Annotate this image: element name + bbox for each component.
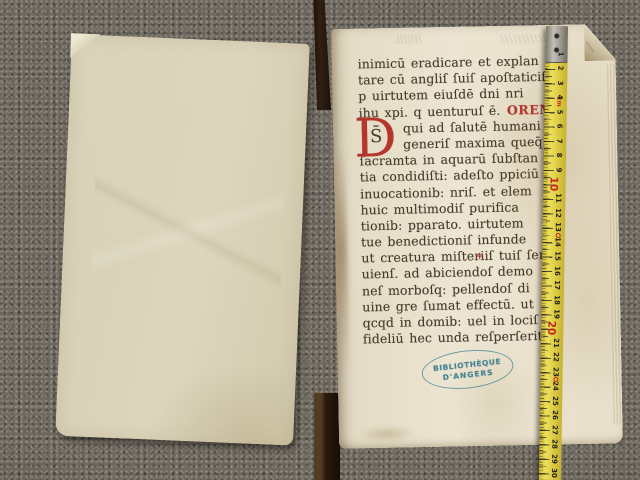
manuscript-text-page: inimicū eradicare et explantare cū angli…: [331, 24, 623, 449]
pencil-annotation: [395, 34, 421, 43]
tape-cm-20: 20: [546, 320, 556, 336]
tape-cm-3: 3: [556, 77, 564, 89]
tape-cm-15: 15: [553, 250, 561, 262]
tape-cm-26: 26: [551, 409, 559, 421]
page-crease: [87, 107, 287, 356]
tape-cm-28: 28: [550, 438, 558, 450]
manuscript-photo: inimicū eradicare et explantare cū angli…: [0, 0, 640, 480]
tape-cm-17: 17: [553, 279, 561, 291]
page-corner-fold: [584, 24, 616, 62]
tape-cm-21: 21: [552, 337, 560, 349]
initial-inset-letter: S̄: [370, 126, 383, 147]
tape-cm-16: 16: [553, 265, 561, 277]
tape-cm-9: 9: [555, 164, 563, 176]
tape-cm-18: 18: [553, 294, 561, 306]
tape-cm-8: 8: [555, 149, 563, 161]
blank-flyleaf-page: [55, 34, 310, 446]
bottom-stain: [357, 425, 417, 442]
tape-cm-30: 30: [550, 467, 558, 479]
book-spine-strap-bottom: [314, 393, 340, 480]
book-spine-strap-top: [311, 0, 331, 110]
tape-cm-4: 4: [556, 91, 564, 103]
tape-cm-1: 1: [556, 48, 564, 60]
red-cross-mark: +: [475, 251, 484, 262]
tape-cm-25: 25: [551, 395, 559, 407]
manuscript-line-text: p uirtutem eiuſdē dni nri: [358, 86, 524, 104]
tape-cm-13: 13: [554, 221, 562, 233]
library-stamp: BIBLIOTHÈQUE D'ANGERS: [420, 346, 516, 394]
tape-cm-11: 11: [554, 192, 562, 204]
page-fore-edge: [607, 64, 623, 425]
tape-cm-22: 22: [552, 351, 560, 363]
tape-cm-5: 5: [556, 106, 564, 118]
pencil-annotation: [499, 34, 547, 44]
tape-cm-29: 29: [550, 452, 558, 464]
tape-cm-27: 27: [551, 424, 559, 436]
tape-cm-12: 12: [554, 207, 562, 219]
tape-red-ring-mark: [556, 233, 561, 238]
illuminated-initial: D S̄: [354, 115, 397, 166]
tape-cm-10: 10: [548, 175, 558, 191]
gutter-stain: [334, 149, 349, 374]
tape-cm-2: 2: [556, 62, 564, 74]
tape-cm-6: 6: [555, 120, 563, 132]
tape-cm-24: 24: [551, 380, 559, 392]
tape-cm-7: 7: [555, 135, 563, 147]
tape-cm-19: 19: [552, 308, 560, 320]
page-corner-fold: [70, 33, 101, 59]
